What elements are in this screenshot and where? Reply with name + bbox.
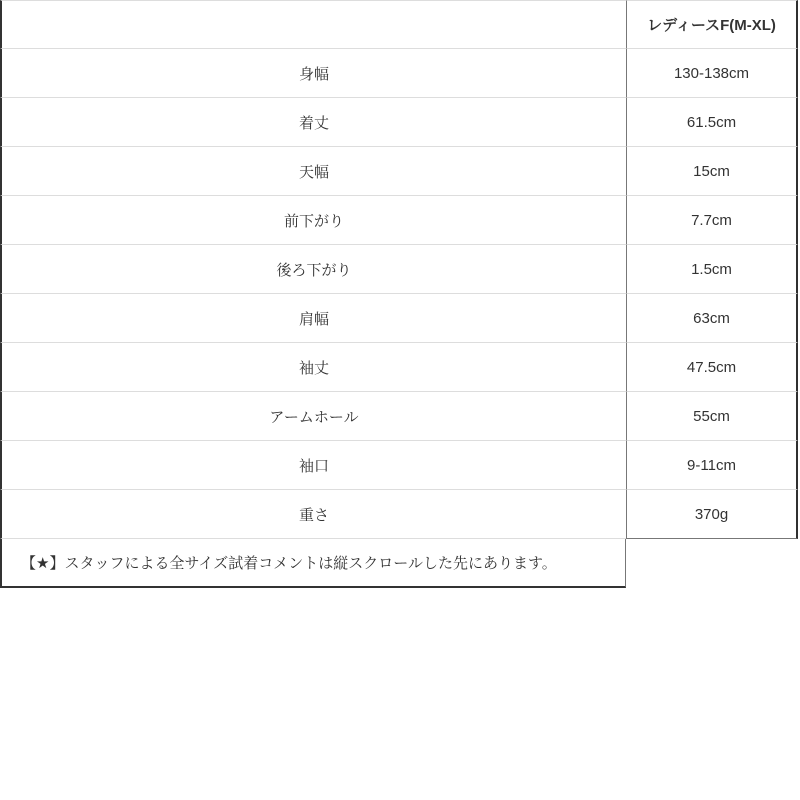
size-row-value: 63cm — [626, 294, 798, 343]
footnote: 【★】スタッフによる全サイズ試着コメントは縦スクロールした先にあります。 — [0, 539, 626, 588]
size-row-label: 肩幅 — [0, 294, 626, 343]
footnote-spacer — [626, 539, 798, 588]
page: レディースF(M-XL) 身幅130-138cm着丈61.5cm天幅15cm前下… — [0, 0, 800, 588]
size-row-label: 袖丈 — [0, 343, 626, 392]
size-row-label: 後ろ下がり — [0, 245, 626, 294]
size-row-value: 47.5cm — [626, 343, 798, 392]
size-row-value: 55cm — [626, 392, 798, 441]
size-row-value: 61.5cm — [626, 98, 798, 147]
size-row-value: 1.5cm — [626, 245, 798, 294]
size-row-value: 15cm — [626, 147, 798, 196]
size-row-label: 身幅 — [0, 49, 626, 98]
size-row-value: 130-138cm — [626, 49, 798, 98]
size-row-value: 9-11cm — [626, 441, 798, 490]
size-row-label: 重さ — [0, 490, 626, 539]
size-row-value: 370g — [626, 490, 798, 539]
size-row-label: 前下がり — [0, 196, 626, 245]
size-row-label: 着丈 — [0, 98, 626, 147]
size-spec-table: レディースF(M-XL) 身幅130-138cm着丈61.5cm天幅15cm前下… — [0, 0, 798, 588]
header-empty-cell — [0, 0, 626, 49]
size-row-label: アームホール — [0, 392, 626, 441]
size-row-value: 7.7cm — [626, 196, 798, 245]
size-row-label: 天幅 — [0, 147, 626, 196]
size-row-label: 袖口 — [0, 441, 626, 490]
header-size-column-label: レディースF(M-XL) — [626, 0, 798, 49]
